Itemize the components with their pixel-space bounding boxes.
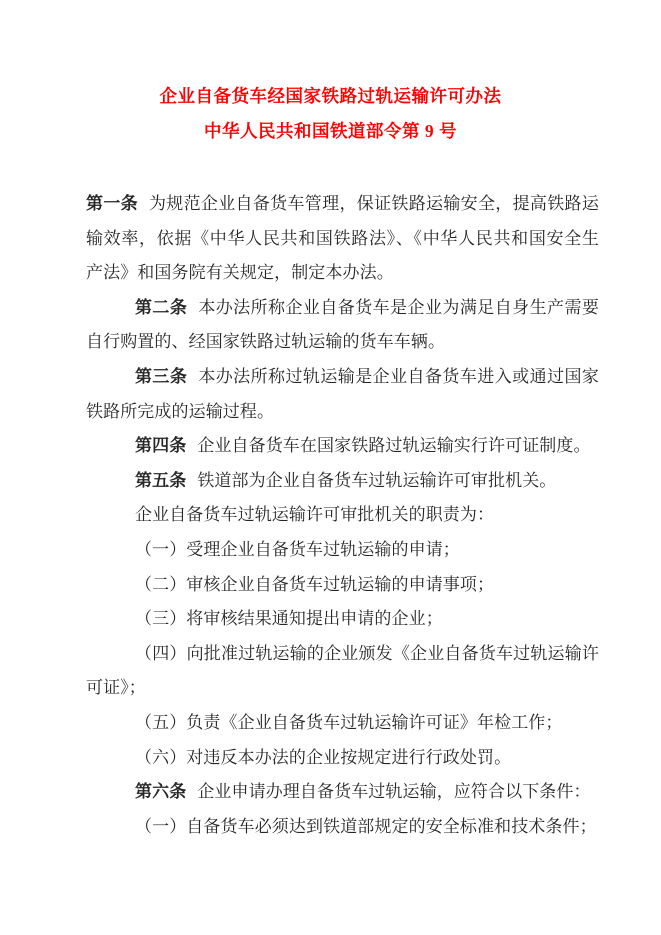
document-page: 企业自备货车经国家铁路过轨运输许可办法 中华人民共和国铁道部令第 9 号 第一条…: [0, 0, 661, 935]
body-paragraph: （一）自备货车必须达到铁道部规定的安全标准和技术条件；: [86, 810, 599, 845]
article-paragraph: 第四条企业自备货车在国家铁路过轨运输实行许可证制度。: [86, 429, 599, 464]
document-title-block: 企业自备货车经国家铁路过轨运输许可办法 中华人民共和国铁道部令第 9 号: [0, 0, 661, 149]
article-paragraph: 第二条本办法所称企业自备货车是企业为满足自身生产需要自行购置的、经国家铁路过轨运…: [86, 291, 599, 360]
paragraph-text: （二）审核企业自备货车过轨运输的申请事项；: [135, 575, 494, 594]
paragraph-text: （一）自备货车必须达到铁道部规定的安全标准和技术条件；: [135, 817, 597, 836]
article-number: 第一条: [86, 194, 138, 213]
body-paragraph: （六）对违反本办法的企业按规定进行行政处罚。: [86, 741, 599, 776]
paragraph-text: （四）向批准过轨运输的企业颁发《企业自备货车过轨运输许可证》；: [86, 644, 599, 698]
article-number: 第三条: [135, 367, 187, 386]
paragraph-text: （五）负责《企业自备货车过轨运输许可证》年检工作；: [135, 713, 563, 732]
document-title: 企业自备货车经国家铁路过轨运输许可办法: [0, 79, 661, 114]
paragraph-text: 铁道部为企业自备货车过轨运输许可审批机关。: [197, 471, 556, 490]
body-paragraph: （一）受理企业自备货车过轨运输的申请；: [86, 533, 599, 568]
article-number: 第二条: [135, 298, 187, 317]
paragraph-text: 企业自备货车过轨运输许可审批机关的职责为：: [135, 505, 494, 524]
body-paragraph: （二）审核企业自备货车过轨运输的申请事项；: [86, 568, 599, 603]
article-paragraph: 第五条铁道部为企业自备货车过轨运输许可审批机关。: [86, 464, 599, 499]
body-paragraph: （四）向批准过轨运输的企业颁发《企业自备货车过轨运输许可证》；: [86, 637, 599, 706]
body-paragraph: （三）将审核结果通知提出申请的企业；: [86, 602, 599, 637]
article-paragraph: 第一条为规范企业自备货车管理，保证铁路运输安全，提高铁路运输效率，依据《中华人民…: [86, 187, 599, 291]
article-paragraph: 第六条企业申请办理自备货车过轨运输，应符合以下条件：: [86, 775, 599, 810]
paragraph-text: 为规范企业自备货车管理，保证铁路运输安全，提高铁路运输效率，依据《中华人民共和国…: [86, 194, 599, 282]
article-number: 第四条: [135, 436, 186, 455]
article-number: 第五条: [135, 471, 186, 490]
paragraph-text: （六）对违反本办法的企业按规定进行行政处罚。: [135, 748, 511, 767]
body-paragraph: （五）负责《企业自备货车过轨运输许可证》年检工作；: [86, 706, 599, 741]
paragraph-text: （一）受理企业自备货车过轨运输的申请；: [135, 540, 460, 559]
article-number: 第六条: [135, 782, 186, 801]
paragraph-text: （三）将审核结果通知提出申请的企业；: [135, 609, 443, 628]
paragraph-text: 企业申请办理自备货车过轨运输，应符合以下条件：: [197, 782, 590, 801]
document-body: 第一条为规范企业自备货车管理，保证铁路运输安全，提高铁路运输效率，依据《中华人民…: [86, 187, 599, 844]
paragraph-text: 企业自备货车在国家铁路过轨运输实行许可证制度。: [197, 436, 590, 455]
document-subtitle: 中华人民共和国铁道部令第 9 号: [0, 114, 661, 149]
body-paragraph: 企业自备货车过轨运输许可审批机关的职责为：: [86, 498, 599, 533]
article-paragraph: 第三条本办法所称过轨运输是企业自备货车进入或通过国家铁路所完成的运输过程。: [86, 360, 599, 429]
